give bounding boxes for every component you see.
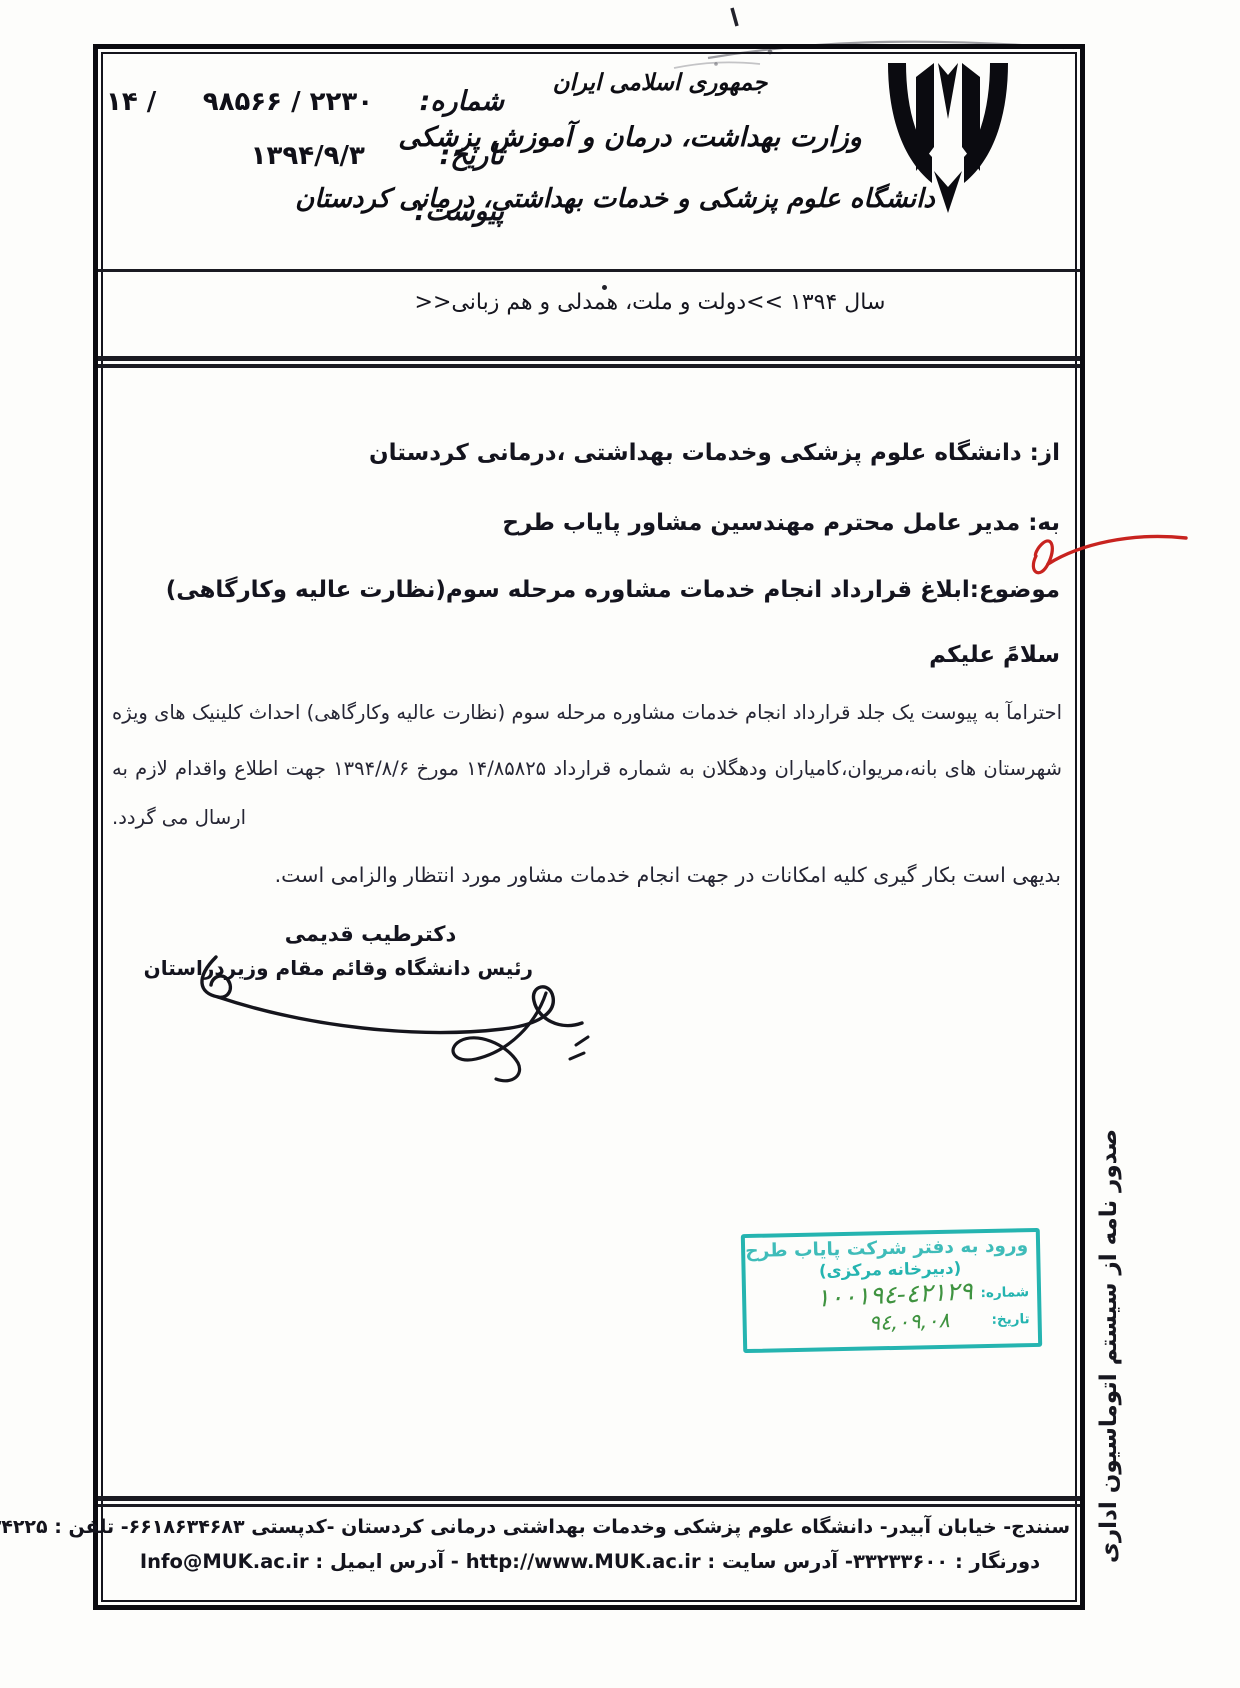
footer-address-line: سنندج- خیابان آبیدر- دانشگاه علوم پزشکی …: [110, 1516, 1070, 1538]
salutation-line: سلامً علیکم: [929, 642, 1060, 668]
year-slogan: سال ۱۳۹۴ >>دولت و ملت، همدلی و هم زبانی<…: [300, 290, 1000, 315]
slogan-divider-bottom: [98, 364, 1080, 368]
from-line: از: دانشگاه علوم پزشکی وخدمات بهداشتی ،د…: [369, 440, 1060, 466]
slogan-divider-top: [98, 356, 1080, 361]
footer-divider-bottom: [98, 1504, 1080, 1507]
handwritten-signature-icon: [158, 935, 668, 1105]
date-label: تاریخ:: [439, 140, 504, 171]
entry-stamp: ورود به دفتر شرکت پایاب طرح (دبیرخانه مر…: [741, 1228, 1042, 1353]
attachment-label: پیوست:: [414, 196, 504, 227]
number-suffix: / ۱۴: [106, 87, 156, 117]
letter-attachment-row: پیوست:: [106, 196, 504, 227]
date-value: ۱۳۹۴/۹/۳: [251, 141, 365, 171]
stamp-number-label: شماره:: [980, 1284, 1029, 1301]
header-divider: [98, 269, 1080, 272]
footer-divider-top: [98, 1496, 1080, 1501]
stamp-date-value: ۹٤,۰۹,۰۸: [868, 1308, 950, 1335]
scanned-letter-page: جمهوری اسلامی ایران وزارت بهداشت، درمان …: [0, 0, 1240, 1688]
paragraph-line-1: احترامآ به پیوست یک جلد قرارداد انجام خد…: [112, 695, 1062, 733]
letter-date-row: تاریخ: ۱۳۹۴/۹/۳: [106, 140, 504, 171]
number-value: ۲۲۳۰ / ۹۸۵۶۶: [203, 87, 373, 117]
document-inner-border: [101, 52, 1077, 1602]
number-label: شماره:: [420, 86, 504, 117]
footer-contact-line: دورنگار : ۳۳۲۳۳۶۰۰- آدرس سایت : http://w…: [110, 1550, 1070, 1573]
to-line: به: مدیر عامل محترم مهندسین مشاور پایاب …: [502, 510, 1060, 536]
paragraph-line-2: شهرستان های بانه،مریوان،کامیاران ودهگلان…: [112, 751, 1062, 789]
stamp-date-label: تاریخ:: [991, 1311, 1029, 1328]
stamp-number-row: شماره: ۱۰۰۱۹٤-٤۲۱۲۹: [752, 1277, 1030, 1312]
note-line: بدیهی است بکار گیری کلیه امکانات در جهت …: [275, 863, 1061, 887]
stamp-date-row: تاریخ: ۹٤,۰۹,۰۸: [752, 1307, 1029, 1337]
letter-number-row: شماره: ۲۲۳۰ / ۹۸۵۶۶ / ۱۴: [106, 86, 504, 117]
paragraph-line-3: ارسال می گردد.: [112, 806, 246, 829]
red-checkmark-icon: [1018, 498, 1190, 590]
automation-side-note: صدور نامه از سیستم اتوماسیون اداری: [1096, 1076, 1130, 1616]
stamp-number-value: ۱۰۰۱۹٤-٤۲۱۲۹: [815, 1276, 973, 1312]
subject-line: موضوع:ابلاغ قرارداد انجام خدمات مشاوره م…: [166, 577, 1060, 603]
